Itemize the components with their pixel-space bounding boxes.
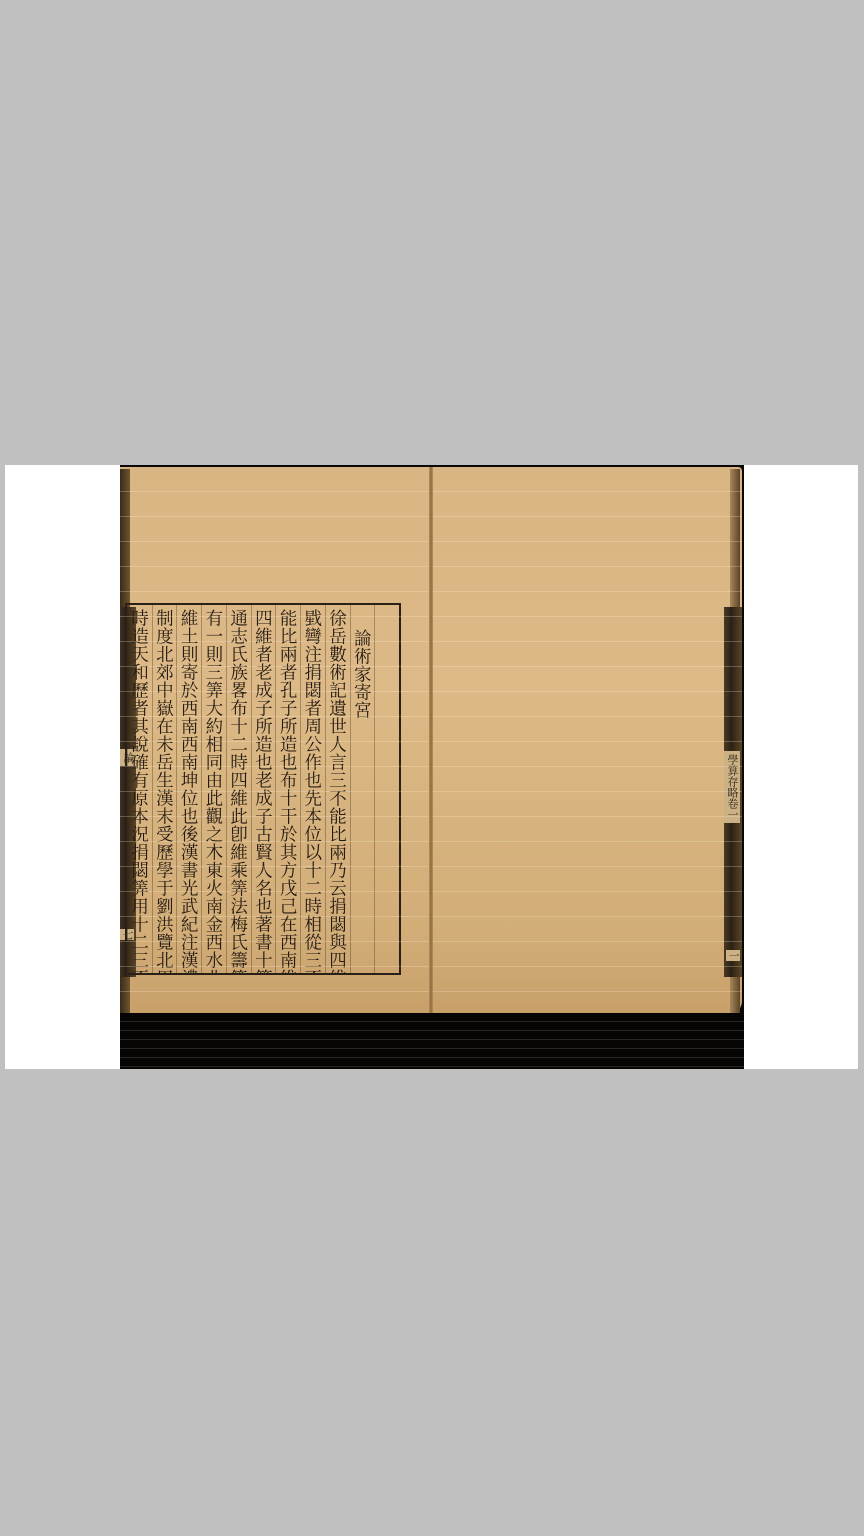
section-heading: 論術家寄宮: [350, 605, 375, 973]
text-column: 通志氏族畧布十二時四維此卽維乘筭法梅氏籌筭中載: [226, 605, 251, 973]
text-column: 能比兩者孔子所造也布十干於其方戊己在西南維: [275, 605, 300, 973]
left-text-block: 論術家寄宮 徐岳數術記遺世人言三不能比兩乃云捐閟與四維 戥彎注捐閟者周公作也先本…: [125, 603, 401, 975]
right-page: 學算存略卷一 一 艮之八者艮☶☶隨☱☳謂初六九三六四六五上九 五爻俱動不變乃貞艮…: [432, 467, 742, 1015]
text-column: 戥彎注捐閟者周公作也先本位以十二時相從三不: [300, 605, 325, 973]
right-page-number: 一: [726, 950, 740, 961]
text-column: 制度北郊中嶽在未岳生漢末受歷學于劉洪覽北周: [152, 605, 177, 973]
book-scan-image: 論 七 論術家寄宮 徐岳數術記遺世人言三不能比兩乃云捐閟與四維 戥彎注捐閟者周公…: [120, 465, 744, 1069]
scan-bottom-shadow: [120, 1013, 744, 1069]
text-column: 有一則三筭大約相同由此觀之木東火南金西水北: [201, 605, 226, 973]
text-column: [374, 605, 399, 973]
text-column: 徐岳數術記遺世人言三不能比兩乃云捐閟與四維: [325, 605, 350, 973]
right-running-title: 學算存略卷一: [724, 751, 740, 823]
left-page: 論 七 論術家寄宮 徐岳數術記遺世人言三不能比兩乃云捐閟與四維 戥彎注捐閟者周公…: [120, 467, 432, 1015]
text-column: 維土則寄於西南西南坤位也後漢書光武紀注漢禮: [176, 605, 201, 973]
text-column: 時造天和歷者其說確有原本況捐閟筭用十二三不: [127, 605, 152, 973]
text-column: 四維者老成子所造也老成子古賢人名也著書十篇言黄老之道見鄭樵: [251, 605, 276, 973]
book-gutter: [429, 467, 433, 1015]
